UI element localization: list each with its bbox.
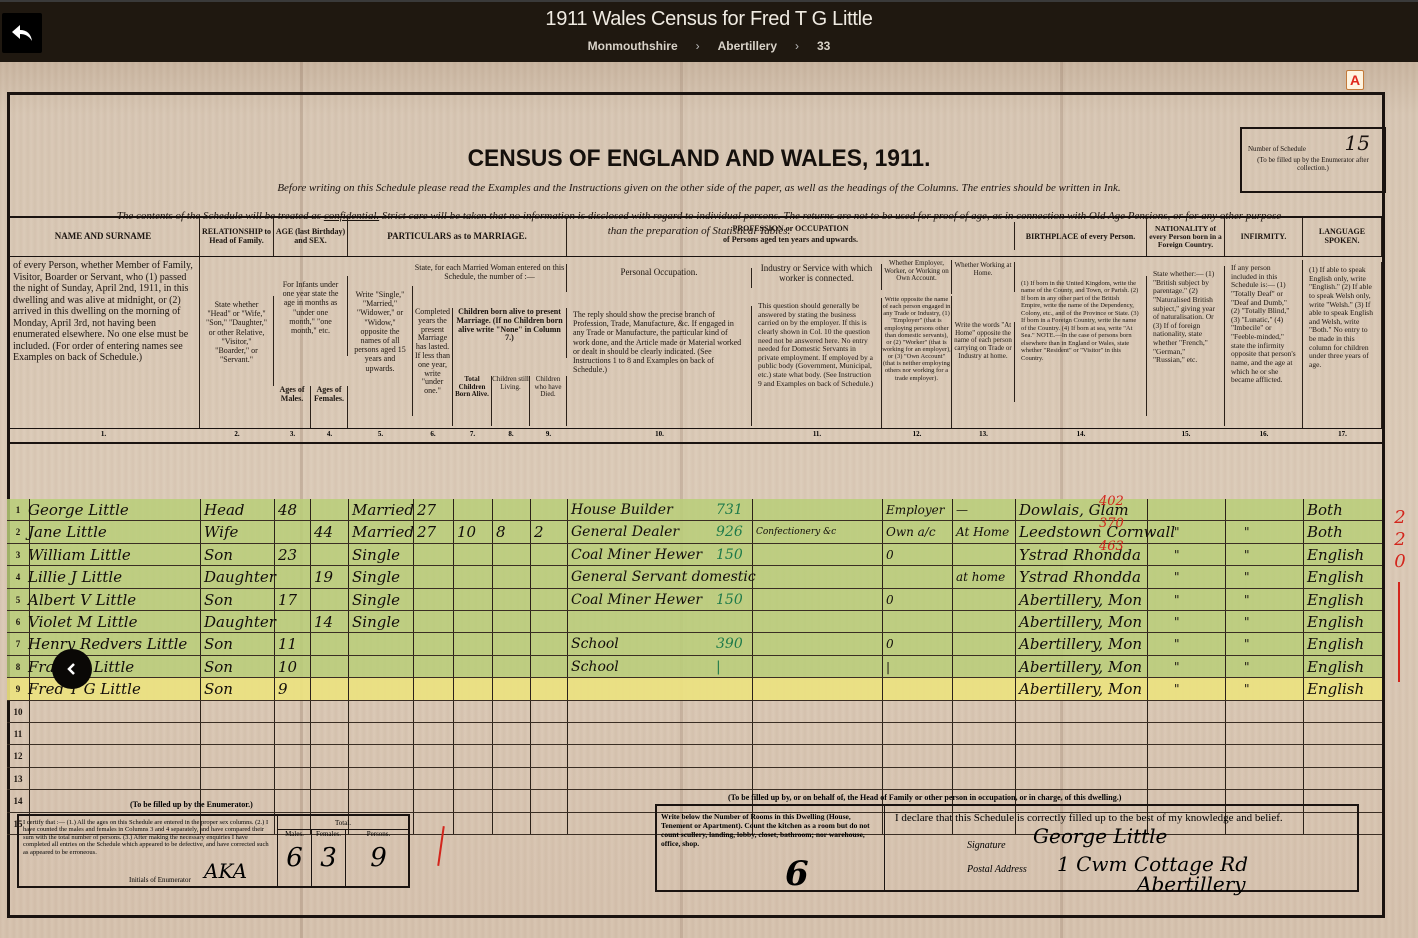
cell-language: English bbox=[1303, 678, 1364, 699]
cell-age-female: 19 bbox=[310, 566, 333, 587]
occupation-code: 390 bbox=[712, 633, 743, 654]
cell-children-born bbox=[453, 678, 457, 699]
sub-children-died: Children who have Died. bbox=[530, 376, 567, 426]
instr-relationship: State whether "Head" or "Wife," "Son," "… bbox=[200, 296, 274, 386]
table-row: 5Albert V LittleSon17SingleCoal Miner He… bbox=[7, 589, 1382, 611]
cell-years-married: 27 bbox=[413, 521, 436, 542]
header-nationality: NATIONALITY of every Person born in a Fo… bbox=[1147, 218, 1225, 256]
cell-language: Both bbox=[1303, 499, 1343, 520]
household-box: Write below the Number of Rooms in this … bbox=[655, 804, 1359, 892]
cell-at-home: at home bbox=[952, 566, 1005, 587]
occupation-code: 150 bbox=[712, 544, 743, 565]
cell-nationality: " bbox=[1170, 656, 1180, 677]
instr-employer: Write opposite the name of each person e… bbox=[882, 296, 952, 428]
group-profession: PROFESSION or OCCUPATION bbox=[567, 222, 1015, 236]
cell-marital-status: Single bbox=[348, 611, 400, 632]
cell-infirmity: " bbox=[1240, 521, 1250, 542]
cell-infirmity bbox=[1240, 499, 1244, 520]
cell-children-born bbox=[453, 544, 457, 565]
cell-occupation: House Builder bbox=[567, 499, 673, 520]
instr-industry: This question should generally be answer… bbox=[752, 298, 882, 428]
cell-children-born bbox=[453, 589, 457, 610]
instr-nationality: State whether:— (1) "British subject by … bbox=[1147, 266, 1225, 426]
household-label: (To be filled up by, or on behalf of, th… bbox=[728, 793, 1121, 802]
cell-name: George Little bbox=[24, 499, 129, 520]
cell-age-male bbox=[274, 566, 278, 587]
sub-children-born: Total Children Born Alive. bbox=[453, 376, 492, 426]
cell-language: English bbox=[1303, 544, 1364, 565]
sub-ages-females: Ages of Females. bbox=[311, 386, 348, 428]
cell-children-died bbox=[530, 633, 534, 654]
cell-occupation: Coal Miner Hewer bbox=[567, 544, 702, 565]
instr-personal-occupation: The reply should show the precise branch… bbox=[567, 306, 752, 426]
cell-relationship: Wife bbox=[200, 521, 238, 542]
cell-children-died: 2 bbox=[530, 521, 544, 542]
cell-employment: Employer bbox=[882, 499, 945, 520]
cell-occupation bbox=[567, 611, 571, 632]
cell-name: Lillie J Little bbox=[24, 566, 122, 587]
cell-language: English bbox=[1303, 566, 1364, 587]
row-number: 10 bbox=[7, 707, 29, 717]
cell-occupation: School bbox=[567, 633, 619, 654]
cell-children-living bbox=[492, 678, 496, 699]
instr-infirmity: If any person included in this Schedule … bbox=[1225, 260, 1303, 428]
cell-age-female bbox=[310, 656, 314, 677]
cell-age-female bbox=[310, 633, 314, 654]
row-number: 12 bbox=[7, 751, 29, 761]
instr-birthplace: (1) If born in the United Kingdom, write… bbox=[1015, 276, 1147, 416]
cell-children-born bbox=[453, 566, 457, 587]
table-row: 12 bbox=[7, 745, 1382, 767]
form-title: CENSUS OF ENGLAND AND WALES, 1911. bbox=[44, 145, 1353, 173]
cell-at-home bbox=[952, 633, 956, 654]
cell-children-born bbox=[453, 656, 457, 677]
cell-children-born bbox=[453, 611, 457, 632]
cell-children-died bbox=[530, 656, 534, 677]
cell-language: English bbox=[1303, 589, 1364, 610]
table-row: 4Lillie J LittleDaughter19SingleGeneral … bbox=[7, 566, 1382, 588]
table-row: 13 bbox=[7, 768, 1382, 790]
instr-name: of every Person, whether Member of Famil… bbox=[7, 256, 200, 428]
cell-name: William Little bbox=[24, 544, 131, 565]
cell-infirmity: " bbox=[1240, 656, 1250, 677]
birthplace-code: 370 bbox=[1095, 513, 1124, 534]
schedule-number-box: 15 Number of Schedule (To be filled up b… bbox=[1240, 127, 1386, 193]
cell-marital-status: Single bbox=[348, 589, 400, 610]
rooms-section: Write below the Number of Rooms in this … bbox=[657, 806, 885, 890]
rooms-count: 6 bbox=[785, 854, 809, 895]
cell-birthplace: Ystrad Rhondda bbox=[1015, 566, 1141, 587]
cell-nationality: " bbox=[1170, 589, 1180, 610]
enumerator-label: (To be filled up by the Enumerator.) bbox=[130, 800, 253, 809]
cell-occupation: Coal Miner Hewer bbox=[567, 589, 702, 610]
previous-page-button[interactable] bbox=[52, 649, 92, 689]
cell-children-born bbox=[453, 633, 457, 654]
cell-children-died bbox=[530, 566, 534, 587]
table-row: 2Jane LittleWife44Married271082General D… bbox=[7, 521, 1382, 543]
cell-industry bbox=[752, 566, 756, 587]
cell-years-married bbox=[413, 611, 417, 632]
margin-annotation: 2 2 0 bbox=[1387, 507, 1413, 573]
cell-employment bbox=[882, 611, 886, 632]
cell-employment: Own a/c bbox=[882, 521, 936, 542]
cell-industry bbox=[752, 678, 756, 699]
cell-infirmity: " bbox=[1240, 611, 1250, 632]
breadcrumb-district[interactable]: Abertillery bbox=[718, 39, 777, 53]
cell-employment bbox=[882, 678, 886, 699]
cell-years-married bbox=[413, 656, 417, 677]
cell-nationality: " bbox=[1170, 544, 1180, 565]
schedule-number: 15 bbox=[1345, 131, 1370, 155]
cell-age-female: 14 bbox=[310, 611, 333, 632]
instruction-line: Before writing on this Schedule please r… bbox=[10, 182, 1388, 194]
birthplace-code: 463 bbox=[1095, 536, 1124, 557]
cell-children-living bbox=[492, 544, 496, 565]
header-marriage: PARTICULARS as to MARRIAGE. bbox=[348, 218, 567, 256]
cell-at-home bbox=[952, 611, 956, 632]
breadcrumb-page: 33 bbox=[817, 39, 830, 53]
cell-relationship: Son bbox=[200, 589, 233, 610]
cell-nationality: " bbox=[1170, 633, 1180, 654]
cell-relationship: Son bbox=[200, 656, 233, 677]
cell-name: Albert V Little bbox=[24, 589, 136, 610]
header-industry: Industry or Service with which worker is… bbox=[752, 264, 882, 290]
census-document-image: A CENSUS OF ENGLAND AND WALES, 1911. Bef… bbox=[0, 62, 1418, 938]
totals-table: Total. Males.6 Females.3 Persons.9 bbox=[277, 816, 408, 886]
cell-relationship: Son bbox=[200, 678, 233, 699]
cell-name: Henry Redvers Little bbox=[24, 633, 187, 654]
header-birthplace: BIRTHPLACE of every Person. bbox=[1015, 218, 1147, 256]
cell-children-living bbox=[492, 656, 496, 677]
instr-marriage: Write "Single," "Married," "Widower," or… bbox=[348, 286, 413, 416]
cell-age-female bbox=[310, 589, 314, 610]
breadcrumb: Monmouthshire›Abertillery›33 bbox=[0, 39, 1418, 53]
cell-nationality: " bbox=[1170, 566, 1180, 587]
cell-marital-status: Single bbox=[348, 566, 400, 587]
occupation-code: | bbox=[712, 656, 721, 677]
cell-industry bbox=[752, 656, 756, 677]
header-at-home: Whether Working at Home. bbox=[952, 262, 1015, 292]
cell-nationality: " bbox=[1170, 678, 1180, 699]
birthplace-code: 402 bbox=[1095, 491, 1124, 512]
cell-marital-status: Married bbox=[348, 521, 414, 542]
header-employer: Whether Employer, Worker, or Working on … bbox=[882, 260, 952, 294]
cell-age-male: 23 bbox=[274, 544, 297, 565]
table-row: 11 bbox=[7, 723, 1382, 745]
cell-years-married: 27 bbox=[413, 499, 436, 520]
annotation-badge[interactable]: A bbox=[1346, 70, 1364, 90]
cell-children-born bbox=[453, 499, 457, 520]
cell-children-living bbox=[492, 499, 496, 520]
cell-occupation: General Servant domestic bbox=[567, 566, 756, 587]
cell-marital-status bbox=[348, 656, 352, 677]
table-row: 9Fred T G LittleSon9Abertillery, Mon""En… bbox=[7, 678, 1382, 700]
cell-age-male: 10 bbox=[274, 656, 297, 677]
cell-occupation: School bbox=[567, 656, 619, 677]
cell-employment: 0 bbox=[882, 589, 894, 610]
table-row: 8Frank V LittleSon10School|Abertillery, … bbox=[7, 656, 1382, 678]
cell-industry bbox=[752, 499, 756, 520]
sub-ages-males: Ages of Males. bbox=[274, 386, 311, 428]
cell-at-home bbox=[952, 589, 956, 610]
occupation-code: 731 bbox=[712, 499, 743, 520]
cell-years-married bbox=[413, 566, 417, 587]
cell-industry bbox=[752, 544, 756, 565]
group-profession-sub: of Persons aged ten years and upwards. bbox=[567, 236, 1015, 250]
cell-children-died bbox=[530, 544, 534, 565]
cell-marital-status: Married bbox=[348, 499, 414, 520]
cell-age-male bbox=[274, 521, 278, 542]
enumerator-initials: AKA bbox=[204, 860, 247, 883]
cell-infirmity: " bbox=[1240, 566, 1250, 587]
cell-children-living bbox=[492, 566, 496, 587]
cell-children-died bbox=[530, 611, 534, 632]
cell-name: Jane Little bbox=[24, 521, 107, 542]
cell-infirmity: " bbox=[1240, 589, 1250, 610]
total-females: 3 bbox=[312, 844, 345, 874]
total-males: 6 bbox=[278, 844, 311, 874]
signature: George Little bbox=[1033, 824, 1167, 848]
cell-relationship: Son bbox=[200, 544, 233, 565]
header-age: AGE (last Birthday) and SEX. bbox=[274, 218, 348, 256]
cell-industry bbox=[752, 633, 756, 654]
cell-occupation bbox=[567, 678, 571, 699]
header-infirmity: INFIRMITY. bbox=[1225, 218, 1303, 256]
cell-at-home bbox=[952, 544, 956, 565]
cell-at-home: — bbox=[952, 499, 968, 520]
cell-birthplace: Abertillery, Mon bbox=[1015, 678, 1142, 699]
cell-employment: 0 bbox=[882, 544, 894, 565]
cell-language: Both bbox=[1303, 521, 1343, 542]
cell-children-died bbox=[530, 499, 534, 520]
cell-birthplace: Abertillery, Mon bbox=[1015, 633, 1142, 654]
instr-language: (1) If able to speak English only, write… bbox=[1303, 262, 1382, 428]
cell-children-living: 8 bbox=[492, 521, 506, 542]
header-language: LANGUAGE SPOKEN. bbox=[1303, 218, 1382, 256]
row-number: 11 bbox=[7, 729, 29, 739]
cell-name: Violet M Little bbox=[24, 611, 137, 632]
address-line-2: Abertillery bbox=[1137, 872, 1246, 896]
cell-birthplace: Abertillery, Mon bbox=[1015, 656, 1142, 677]
cell-at-home: At Home bbox=[952, 521, 1009, 542]
header-relationship: RELATIONSHIP to Head of Family. bbox=[200, 218, 274, 256]
declaration: I declare that this Schedule is correctl… bbox=[895, 812, 1283, 824]
cell-age-male: 48 bbox=[274, 499, 297, 520]
cell-children-living bbox=[492, 611, 496, 632]
cell-at-home bbox=[952, 678, 956, 699]
cell-marital-status bbox=[348, 633, 352, 654]
cell-age-female bbox=[310, 499, 314, 520]
chevron-left-icon bbox=[65, 662, 79, 676]
cell-relationship: Son bbox=[200, 633, 233, 654]
occupation-code: 150 bbox=[712, 589, 743, 610]
cell-language: English bbox=[1303, 611, 1364, 632]
cell-birthplace: Abertillery, Mon bbox=[1015, 611, 1142, 632]
cell-industry bbox=[752, 589, 756, 610]
group-married-women: State, for each Married Woman entered on… bbox=[413, 264, 567, 292]
cell-age-female bbox=[310, 678, 314, 699]
cell-years-married bbox=[413, 678, 417, 699]
record-title: 1911 Wales Census for Fred T G Little bbox=[0, 8, 1418, 31]
cell-nationality bbox=[1170, 499, 1174, 520]
row-number: 14 bbox=[7, 796, 29, 806]
cell-infirmity: " bbox=[1240, 544, 1250, 565]
cell-children-living bbox=[492, 633, 496, 654]
instr-at-home: Write the words "At Home" opposite the n… bbox=[952, 322, 1015, 402]
cell-children-died bbox=[530, 589, 534, 610]
cell-employment: 0 bbox=[882, 633, 894, 654]
cell-years-married bbox=[413, 544, 417, 565]
cell-age-male: 11 bbox=[274, 633, 297, 654]
cell-marital-status bbox=[348, 678, 352, 699]
instr-age: For Infants under one year state the age… bbox=[274, 276, 348, 356]
cell-children-born: 10 bbox=[453, 521, 476, 542]
cell-years-married bbox=[413, 589, 417, 610]
cell-employment bbox=[882, 566, 886, 587]
cell-relationship: Daughter bbox=[200, 566, 276, 587]
cell-birthplace: Abertillery, Mon bbox=[1015, 589, 1142, 610]
instr-years-married: Completed years the present Marriage has… bbox=[413, 308, 453, 426]
viewer-header: 1911 Wales Census for Fred T G Little Mo… bbox=[0, 0, 1418, 62]
cell-employment: | bbox=[882, 656, 890, 677]
table-row: 3William LittleSon23SingleCoal Miner Hew… bbox=[7, 544, 1382, 566]
cell-children-living bbox=[492, 589, 496, 610]
cell-years-married bbox=[413, 633, 417, 654]
cell-age-male: 17 bbox=[274, 589, 297, 610]
total-persons: 9 bbox=[346, 844, 411, 874]
cell-relationship: Head bbox=[200, 499, 245, 520]
group-children: Children born alive to present Marriage.… bbox=[453, 308, 567, 358]
cell-infirmity: " bbox=[1240, 633, 1250, 654]
cell-industry bbox=[752, 611, 756, 632]
table-row: 10 bbox=[7, 701, 1382, 723]
header-personal-occupation: Personal Occupation. bbox=[567, 268, 752, 288]
cell-children-died bbox=[530, 678, 534, 699]
enumerator-box: I certify that :— (1.) All the ages on t… bbox=[17, 814, 410, 888]
cell-nationality: " bbox=[1170, 611, 1180, 632]
occupation-code: 926 bbox=[712, 521, 743, 542]
cell-occupation: General Dealer bbox=[567, 521, 679, 542]
cell-age-female bbox=[310, 544, 314, 565]
cell-industry: Confectionery &c bbox=[752, 521, 836, 542]
row-number: 13 bbox=[7, 774, 29, 784]
header-name: NAME AND SURNAME bbox=[7, 218, 200, 256]
table-row: 6Violet M LittleDaughter14SingleAbertill… bbox=[7, 611, 1382, 633]
cell-age-male: 9 bbox=[274, 678, 288, 699]
cell-language: English bbox=[1303, 633, 1364, 654]
breadcrumb-county[interactable]: Monmouthshire bbox=[588, 39, 678, 53]
cell-nationality: " bbox=[1170, 521, 1180, 542]
cell-at-home bbox=[952, 656, 956, 677]
cell-marital-status: Single bbox=[348, 544, 400, 565]
cell-age-female: 44 bbox=[310, 521, 333, 542]
table-row: 7Henry Redvers LittleSon11School0Abertil… bbox=[7, 633, 1382, 655]
cell-relationship: Daughter bbox=[200, 611, 276, 632]
sub-children-living: Children still Living. bbox=[492, 376, 530, 426]
cell-age-male bbox=[274, 611, 278, 632]
cell-infirmity: " bbox=[1240, 678, 1250, 699]
cell-language: English bbox=[1303, 656, 1364, 677]
table-row: 1George LittleHead48Married27House Build… bbox=[7, 499, 1382, 521]
